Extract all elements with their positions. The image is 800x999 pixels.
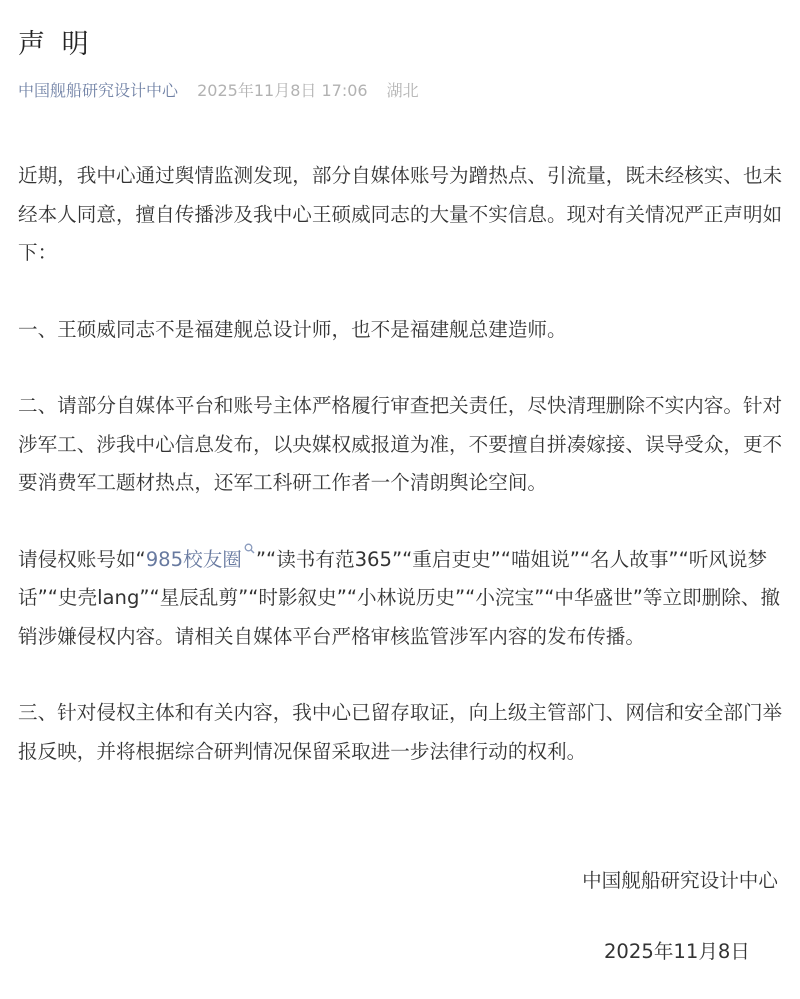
- publish-location: 湖北: [387, 81, 419, 100]
- page-title: 声 明: [18, 22, 93, 61]
- publish-time: 2025年11月8日 17:06: [197, 81, 367, 100]
- signature-block: 中国舰船研究设计中心 2025年11月8日: [582, 864, 778, 893]
- point-three-paragraph: 三、针对侵权主体和有关内容，我中心已留存取证，向上级主管部门、网信和安全部门举报…: [18, 694, 788, 771]
- author-link[interactable]: 中国舰船研究设计中心: [18, 81, 178, 100]
- article-meta: 中国舰船研究设计中心 2025年11月8日 17:06 湖北: [18, 78, 419, 101]
- search-link-985[interactable]: 985校友圈: [146, 548, 242, 571]
- intro-paragraph: 近期，我中心通过舆情监测发现，部分自媒体账号为蹭热点、引流量，既未经核实、也未经…: [18, 157, 788, 273]
- point-two-paragraph: 二、请部分自媒体平台和账号主体严格履行审查把关责任，尽快清理删除不实内容。针对涉…: [18, 387, 788, 503]
- signature-organization: 中国舰船研究设计中心: [582, 864, 778, 893]
- signature-date: 2025年11月8日: [604, 935, 750, 964]
- point-one-paragraph: 一、王硕威同志不是福建舰总设计师，也不是福建舰总建造师。: [18, 311, 788, 350]
- accounts-prefix: 请侵权账号如“: [18, 548, 146, 571]
- accounts-paragraph: 请侵权账号如“985校友圈”“读书有范365”“重启吏史”“喵姐说”“名人故事”…: [18, 541, 788, 657]
- search-icon[interactable]: [244, 543, 256, 559]
- article-body: 近期，我中心通过舆情监测发现，部分自媒体账号为蹭热点、引流量，既未经核实、也未经…: [18, 157, 788, 809]
